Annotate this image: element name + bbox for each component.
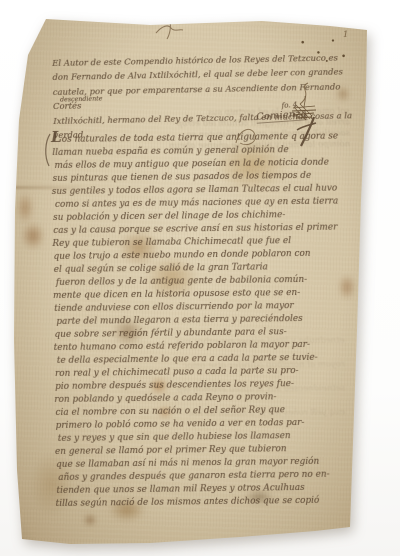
- manuscript-line: tillas según nació de los mismos antes d…: [55, 494, 344, 511]
- interlinear-insertion: desçendiente: [60, 95, 103, 103]
- paper-stain: [84, 514, 96, 526]
- manuscript-page: sol omeip roñes la ed sartnip susarreit …: [0, 0, 400, 556]
- folio-number: 1: [343, 30, 348, 39]
- paper-shadow: sol omeip roñes la ed sartnip susarreit …: [0, 0, 400, 556]
- rubric-comienza: fo. 4 Comienza: [255, 100, 307, 123]
- photo-background: sol omeip roñes la ed sartnip susarreit …: [0, 0, 400, 556]
- paper-stain: [16, 192, 34, 224]
- body-text: Los naturales de toda esta tierra que an…: [52, 127, 345, 510]
- cross-mark-icon: [156, 22, 183, 39]
- paper-stain: [21, 222, 45, 250]
